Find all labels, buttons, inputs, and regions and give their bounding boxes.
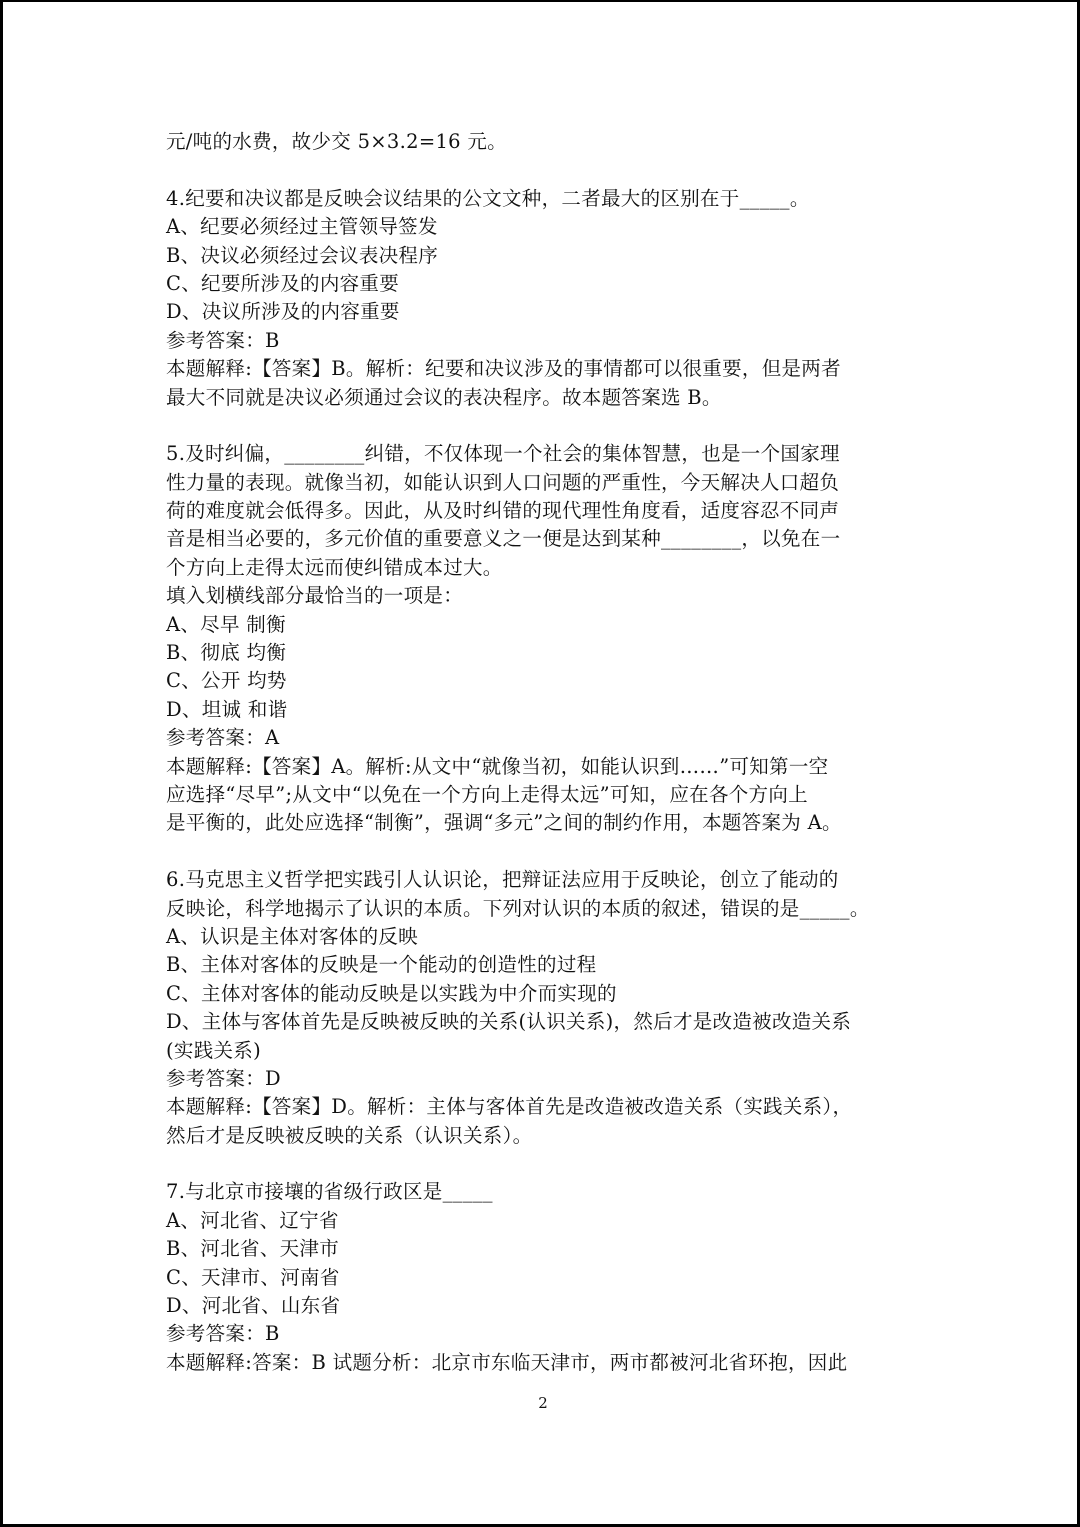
option-a: A、认识是主体对客体的反映 [166,923,926,951]
explanation-line: 是平衡的，此处应选择“制衡”，强调“多元”之间的制约作用，本题答案为 A。 [166,809,926,837]
question-7: 7.与北京市接壤的省级行政区是_____ A、河北省、辽宁省 B、河北省、天津市… [166,1178,926,1377]
option-a: A、纪要必须经过主管领导签发 [166,213,926,241]
explanation-line: 本题解释:【答案】A。解析:从文中“就像当初，如能认识到……”可知第一空 [166,753,926,781]
explanation-line: 本题解释:【答案】B。解析：纪要和决议涉及的事情都可以很重要，但是两者 [166,355,926,383]
reference-answer: 参考答案：D [166,1065,926,1093]
question-stem: 7.与北京市接壤的省级行政区是_____ [166,1178,926,1206]
option-d: D、主体与客体首先是反映被反映的关系(认识关系)，然后才是改造被改造关系 [166,1008,926,1036]
option-d: D、坦诚 和谐 [166,696,926,724]
question-stem: 5.及时纠偏，________纠错，不仅体现一个社会的集体智慧，也是一个国家理 [166,440,926,468]
option-b: B、决议必须经过会议表决程序 [166,242,926,270]
explanation-line: 最大不同就是决议必须通过会议的表决程序。故本题答案选 B。 [166,384,926,412]
question-stem: 6.马克思主义哲学把实践引人认识论，把辩证法应用于反映论，创立了能动的 [166,866,926,894]
explanation-line: 然后才是反映被反映的关系（认识关系）。 [166,1122,926,1150]
page-content: 元/吨的水费，故少交 5×3.2=16 元。 4.纪要和决议都是反映会议结果的公… [166,128,926,1377]
question-stem: 个方向上走得太远而使纠错成本过大。 [166,554,926,582]
option-c: C、主体对客体的能动反映是以实践为中介而实现的 [166,980,926,1008]
option-b: B、主体对客体的反映是一个能动的创造性的过程 [166,951,926,979]
question-stem: 4.纪要和决议都是反映会议结果的公文文种，二者最大的区别在于_____。 [166,185,926,213]
paragraph-gap [166,1150,926,1178]
option-a: A、尽早 制衡 [166,611,926,639]
question-5: 5.及时纠偏，________纠错，不仅体现一个社会的集体智慧，也是一个国家理 … [166,440,926,837]
paragraph-gap [166,838,926,866]
question-stem: 荷的难度就会低得多。因此，从及时纠错的现代理性角度看，适度容忍不同声 [166,497,926,525]
question-stem: 性力量的表现。就像当初，如能认识到人口问题的严重性，今天解决人口超负 [166,469,926,497]
option-c: C、纪要所涉及的内容重要 [166,270,926,298]
reference-answer: 参考答案：A [166,724,926,752]
option-b: B、河北省、天津市 [166,1235,926,1263]
option-c: C、天津市、河南省 [166,1264,926,1292]
question-stem: 反映论，科学地揭示了认识的本质。下列对认识的本质的叙述，错误的是_____。 [166,895,926,923]
option-d: D、河北省、山东省 [166,1292,926,1320]
question-instruction: 填入划横线部分最恰当的一项是： [166,582,926,610]
page-number: 2 [3,1394,1080,1412]
option-d: D、决议所涉及的内容重要 [166,298,926,326]
question-stem: 音是相当必要的，多元价值的重要意义之一便是达到某种________，以免在一 [166,525,926,553]
option-c: C、公开 均势 [166,667,926,695]
explanation-line: 本题解释:【答案】D。解析：主体与客体首先是改造被改造关系（实践关系）， [166,1093,926,1121]
document-page: 元/吨的水费，故少交 5×3.2=16 元。 4.纪要和决议都是反映会议结果的公… [0,0,1080,1527]
paragraph-gap [166,412,926,440]
question-4: 4.纪要和决议都是反映会议结果的公文文种，二者最大的区别在于_____。 A、纪… [166,185,926,412]
option-a: A、河北省、辽宁省 [166,1207,926,1235]
option-d-continued: (实践关系) [166,1037,926,1065]
reference-answer: 参考答案：B [166,1320,926,1348]
explanation-line: 本题解释:答案：B 试题分析：北京市东临天津市，两市都被河北省环抱，因此 [166,1349,926,1377]
explanation-line: 应选择“尽早”;从文中“以免在一个方向上走得太远”可知，应在各个方向上 [166,781,926,809]
option-b: B、彻底 均衡 [166,639,926,667]
paragraph-gap [166,156,926,184]
intro-tail-text: 元/吨的水费，故少交 5×3.2=16 元。 [166,128,926,156]
question-6: 6.马克思主义哲学把实践引人认识论，把辩证法应用于反映论，创立了能动的 反映论，… [166,866,926,1150]
reference-answer: 参考答案：B [166,327,926,355]
